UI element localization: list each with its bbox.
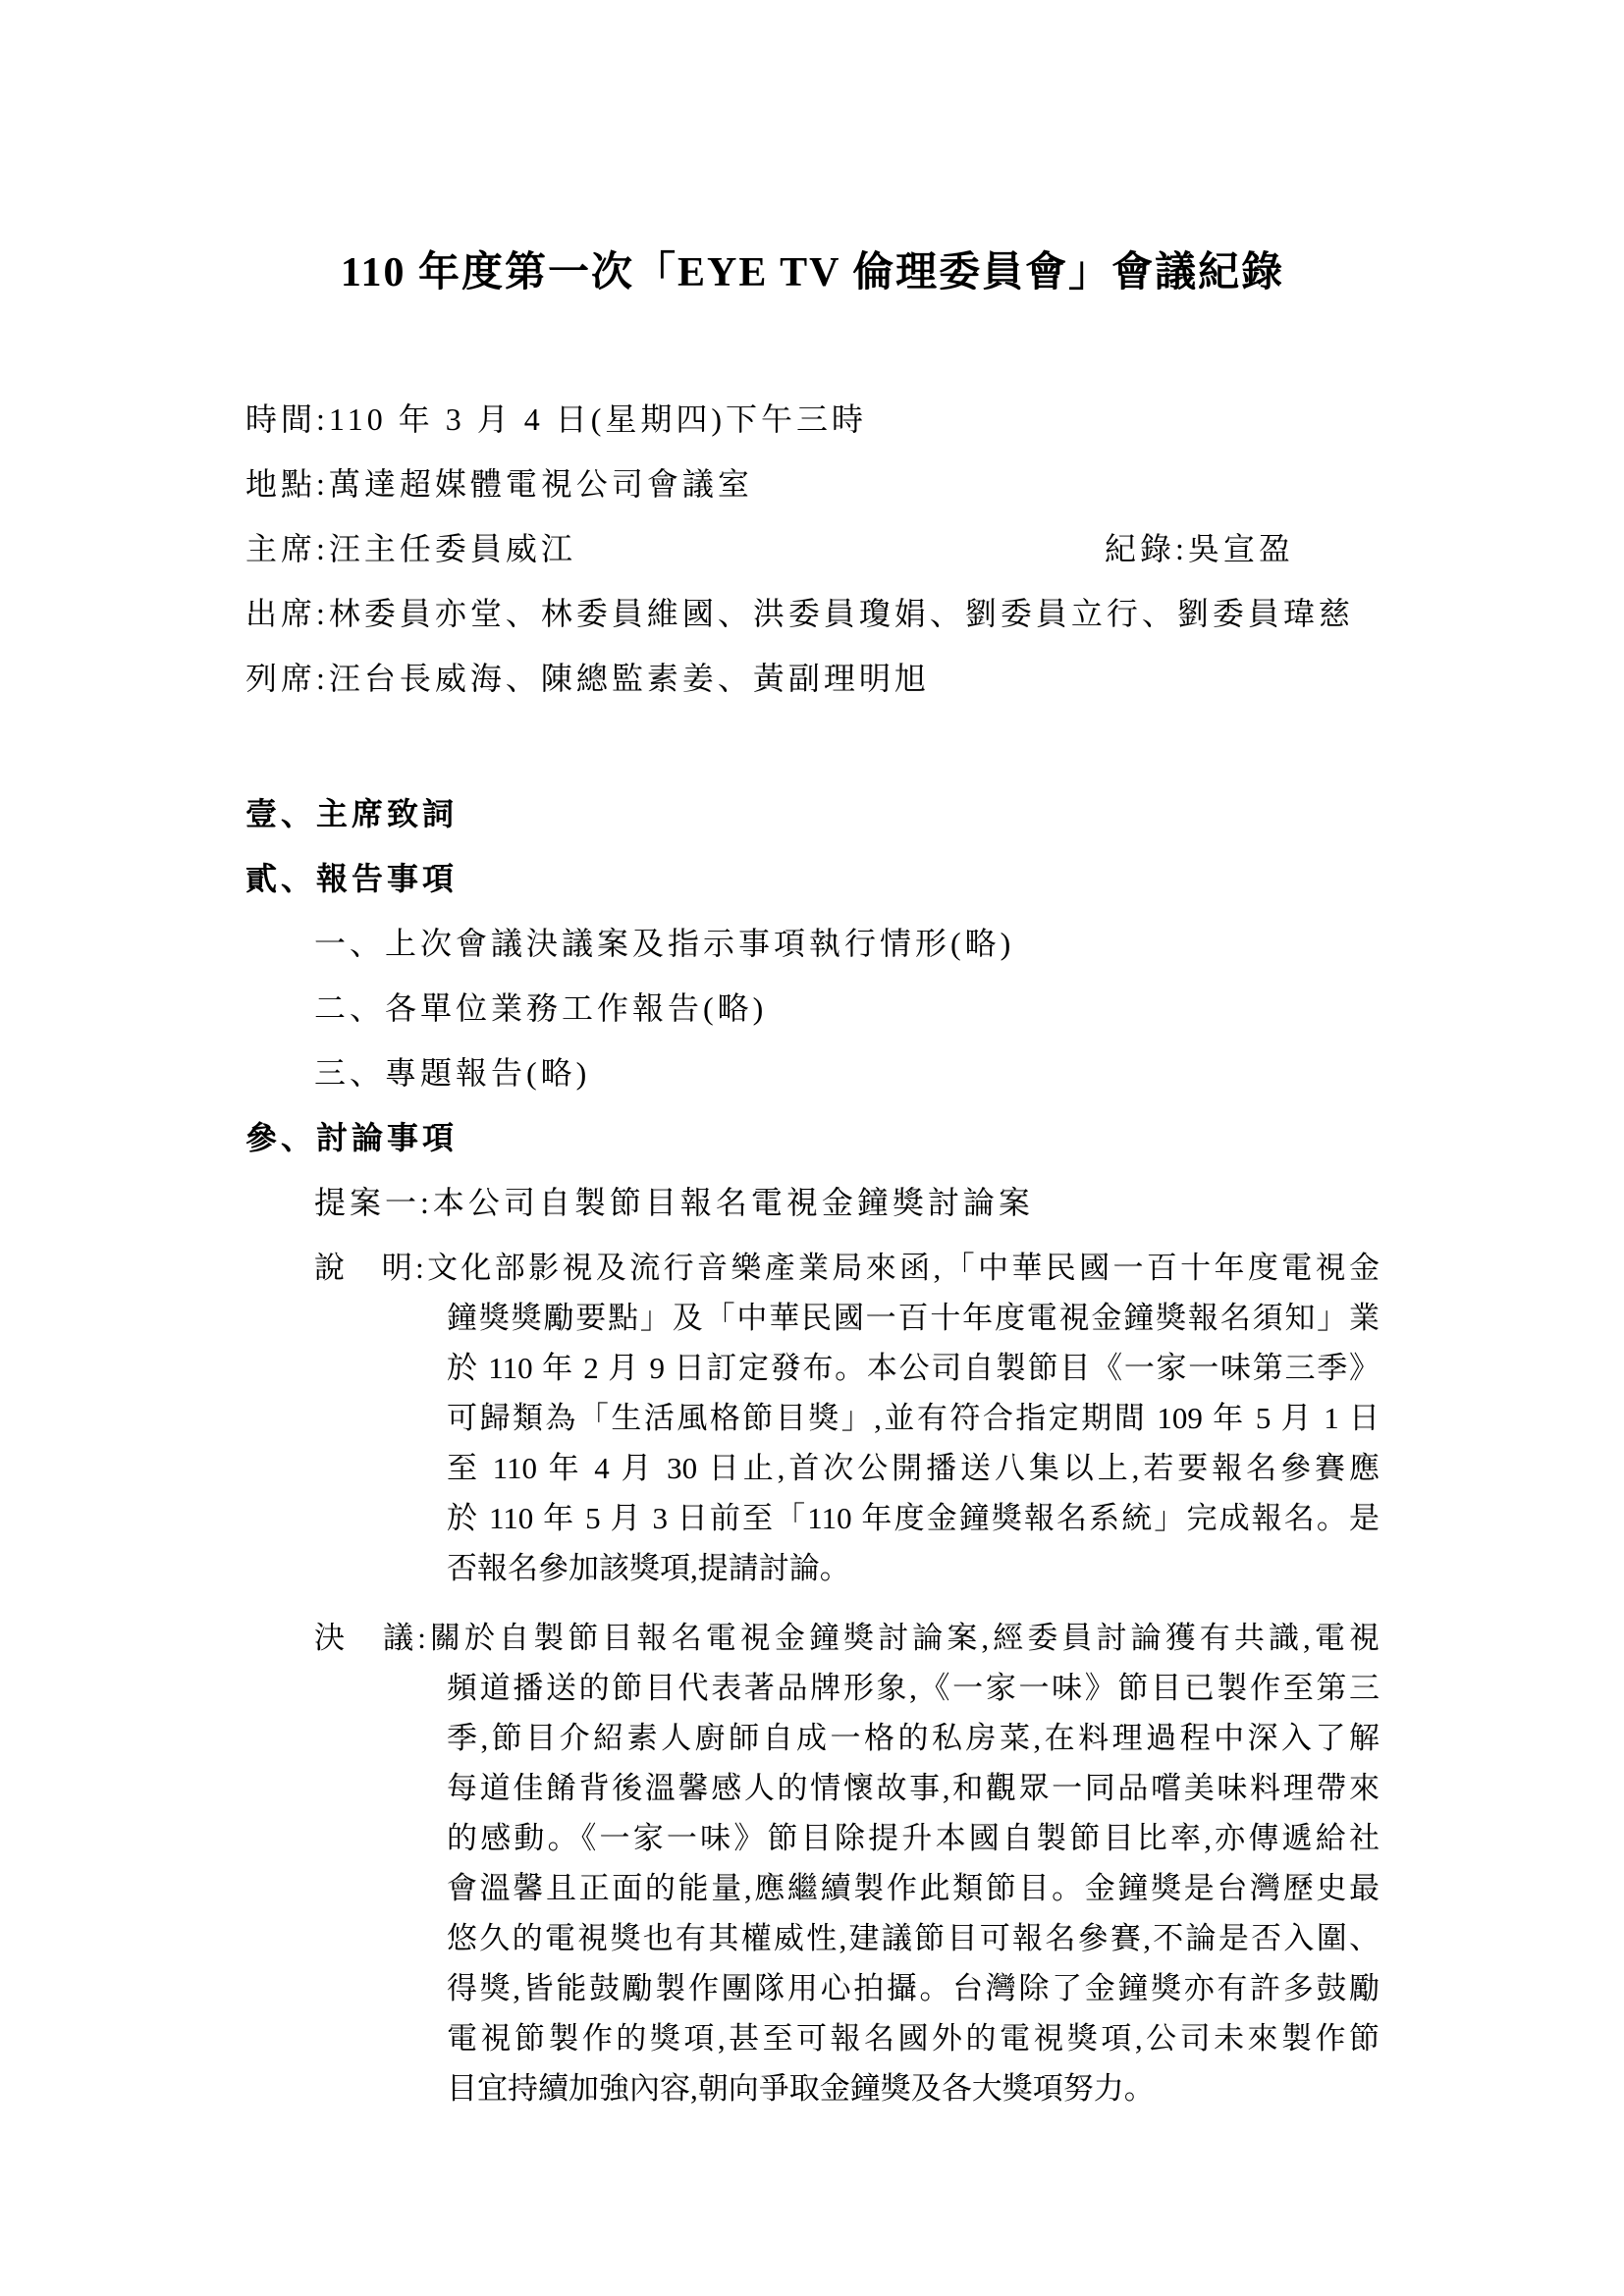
explanation-line: 於 110 年 2 月 9 日訂定發布。本公司自製節目《一家一味第三季》 [314,1343,1380,1393]
meeting-observers: 列席:汪台長威海、陳總監素姜、黃副理明旭 [245,646,1380,711]
resolution-line: 每道佳餚背後溫馨感人的情懷故事,和觀眾一同品嚐美味料理帶來 [314,1763,1380,1813]
explanation-line: 於 110 年 5 月 3 日前至「110 年度金鐘獎報名系統」完成報名。是 [314,1493,1380,1543]
meeting-time: 時間:110 年 3 月 4 日(星期四)下午三時 [245,387,1380,452]
report-item: 二、各單位業務工作報告(略) [245,976,1380,1041]
explanation-line: 鐘獎獎勵要點」及「中華民國一百十年度電視金鐘獎報名須知」業 [314,1293,1380,1343]
meeting-outline: 壹、主席致詞 貳、報告事項 一、上次會議決議案及指示事項執行情形(略)二、各單位… [245,781,1380,1235]
explanation-line: 可歸類為「生活風格節目獎」,並有符合指定期間 109 年 5 月 1 日 [314,1393,1380,1443]
resolution-line: 得獎,皆能鼓勵製作團隊用心拍攝。台灣除了金鐘獎亦有許多鼓勵 [314,1963,1380,2013]
section-heading-2: 貳、報告事項 [245,846,1380,911]
resolution-line: 電視節製作的獎項,甚至可報名國外的電視獎項,公司未來製作節 [314,2013,1380,2063]
meeting-recorder: 紀錄:吳宣盈 [1105,516,1294,581]
resolution-line: 會溫馨且正面的能量,應繼續製作此類節目。金鐘獎是台灣歷史最 [314,1863,1380,1913]
resolution-line: 的感動。《一家一味》節目除提升本國自製節目比率,亦傳遞給社 [314,1813,1380,1863]
section-heading-1: 壹、主席致詞 [245,781,1380,846]
explanation-line: 至 110 年 4 月 30 日止,首次公開播送八集以上,若要報名參賽應 [314,1443,1380,1493]
report-item: 三、專題報告(略) [245,1041,1380,1105]
resolution-paragraph: 決 議:關於自製節目報名電視金鐘獎討論案,經委員討論獲有共識,電視頻道播送的節目… [314,1613,1380,2113]
report-item: 一、上次會議決議案及指示事項執行情形(略) [245,911,1380,976]
section-heading-3: 參、討論事項 [245,1105,1380,1170]
document-page: 110 年度第一次「EYE TV 倫理委員會」會議紀錄 時間:110 年 3 月… [0,0,1624,2296]
meeting-attendees: 出席:林委員亦堂、林委員維國、洪委員瓊娟、劉委員立行、劉委員瑋慈 [245,581,1380,646]
page-title: 110 年度第一次「EYE TV 倫理委員會」會議紀錄 [245,247,1380,298]
resolution-line: 悠久的電視獎也有其權威性,建議節目可報名參賽,不論是否入圍、 [314,1913,1380,1963]
proposal-line: 提案一:本公司自製節目報名電視金鐘獎討論案 [245,1170,1380,1235]
explanation-paragraph: 說 明:文化部影視及流行音樂產業局來函,「中華民國一百十年度電視金鐘獎獎勵要點」… [314,1243,1380,1593]
report-items: 一、上次會議決議案及指示事項執行情形(略)二、各單位業務工作報告(略)三、專題報… [245,911,1380,1105]
resolution-line: 決 議:關於自製節目報名電視金鐘獎討論案,經委員討論獲有共識,電視 [314,1613,1380,1663]
resolution-line: 目宜持續加強內容,朝向爭取金鐘獎及各大獎項努力。 [314,2063,1380,2113]
explanation-line: 否報名參加該獎項,提請討論。 [314,1543,1380,1593]
meeting-chair-line: 主席:汪主任委員威江 紀錄:吳宣盈 [245,516,1380,581]
meeting-chair: 主席:汪主任委員威江 [245,531,576,566]
resolution-line: 季,節目介紹素人廚師自成一格的私房菜,在料理過程中深入了解 [314,1713,1380,1763]
resolution-line: 頻道播送的節目代表著品牌形象,《一家一味》節目已製作至第三 [314,1663,1380,1713]
explanation-line: 說 明:文化部影視及流行音樂產業局來函,「中華民國一百十年度電視金 [314,1243,1380,1293]
meeting-meta: 時間:110 年 3 月 4 日(星期四)下午三時 地點:萬達超媒體電視公司會議… [245,387,1380,711]
meeting-location: 地點:萬達超媒體電視公司會議室 [245,452,1380,516]
